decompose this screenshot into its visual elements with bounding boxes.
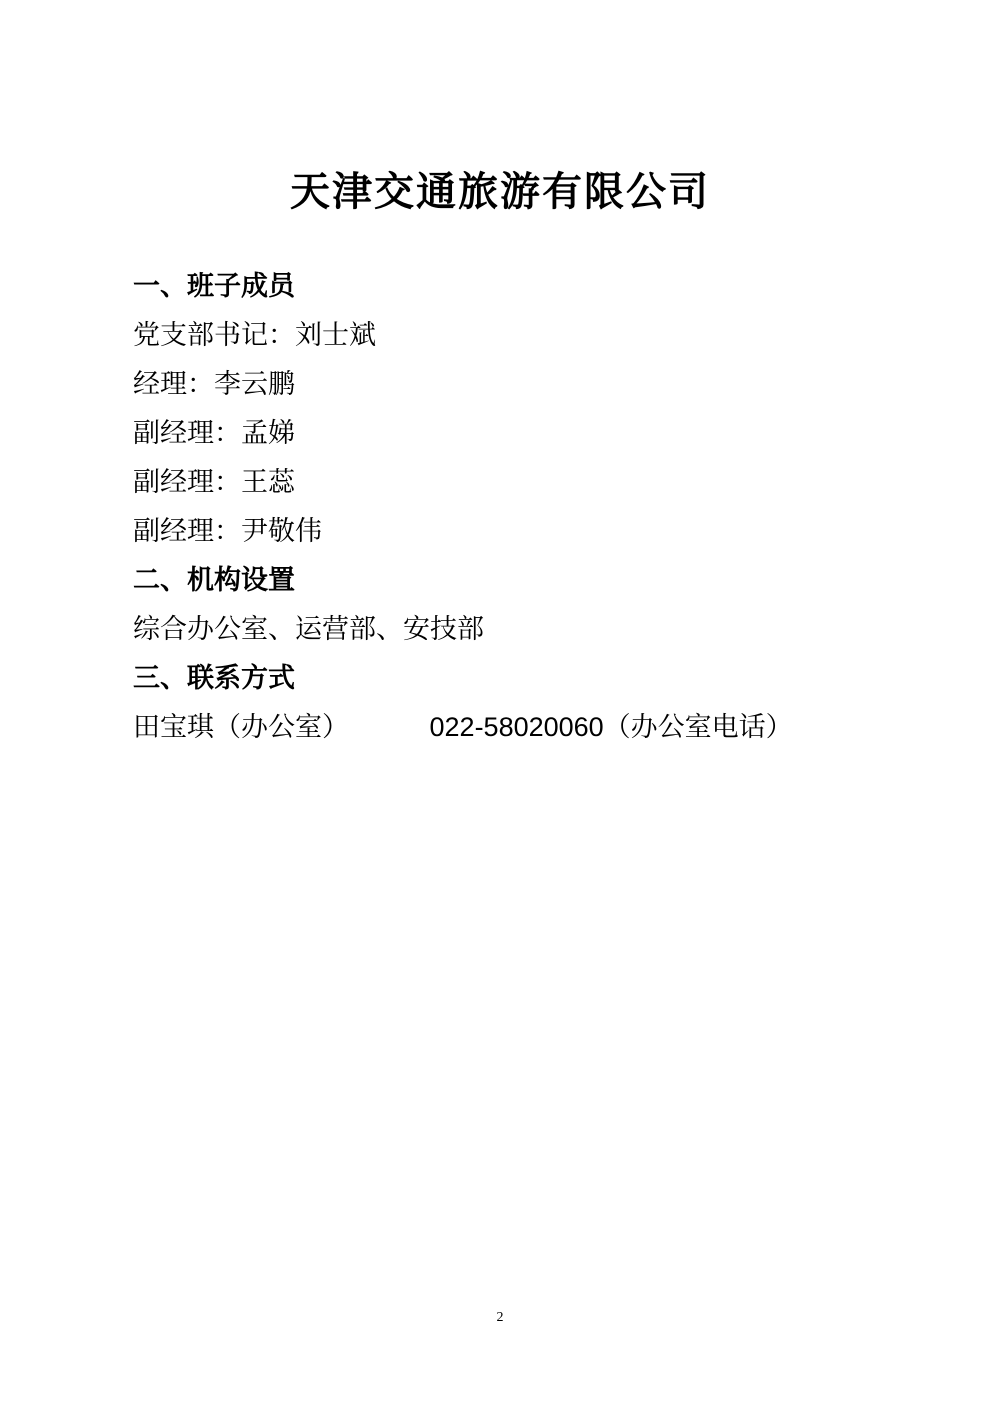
document-page: 天津交通旅游有限公司 一、班子成员 党支部书记：刘士斌 经理：李云鹏 副经理：孟… [0,0,1000,1414]
line-deputy-manager-2: 副经理：王蕊 [133,458,900,507]
document-title: 天津交通旅游有限公司 [0,166,1000,218]
page-number: 2 [0,1310,1000,1326]
section-heading-structure: 二、机构设置 [133,556,900,605]
line-deputy-manager-3: 副经理：尹敬伟 [133,507,900,556]
section-heading-members: 一、班子成员 [133,262,900,311]
contact-line: 田宝琪（办公室） 022-58020060（办公室电话） [133,703,900,752]
section-heading-contact: 三、联系方式 [133,654,900,703]
contact-person: 田宝琪（办公室） [133,712,349,742]
line-manager: 经理：李云鹏 [133,360,900,409]
document-body: 一、班子成员 党支部书记：刘士斌 经理：李云鹏 副经理：孟娣 副经理：王蕊 副经… [133,262,900,752]
line-deputy-manager-1: 副经理：孟娣 [133,409,900,458]
line-departments: 综合办公室、运营部、安技部 [133,605,900,654]
contact-phone-number: 022-58020060（办公室电话） [430,712,793,742]
line-party-secretary: 党支部书记：刘士斌 [133,311,900,360]
